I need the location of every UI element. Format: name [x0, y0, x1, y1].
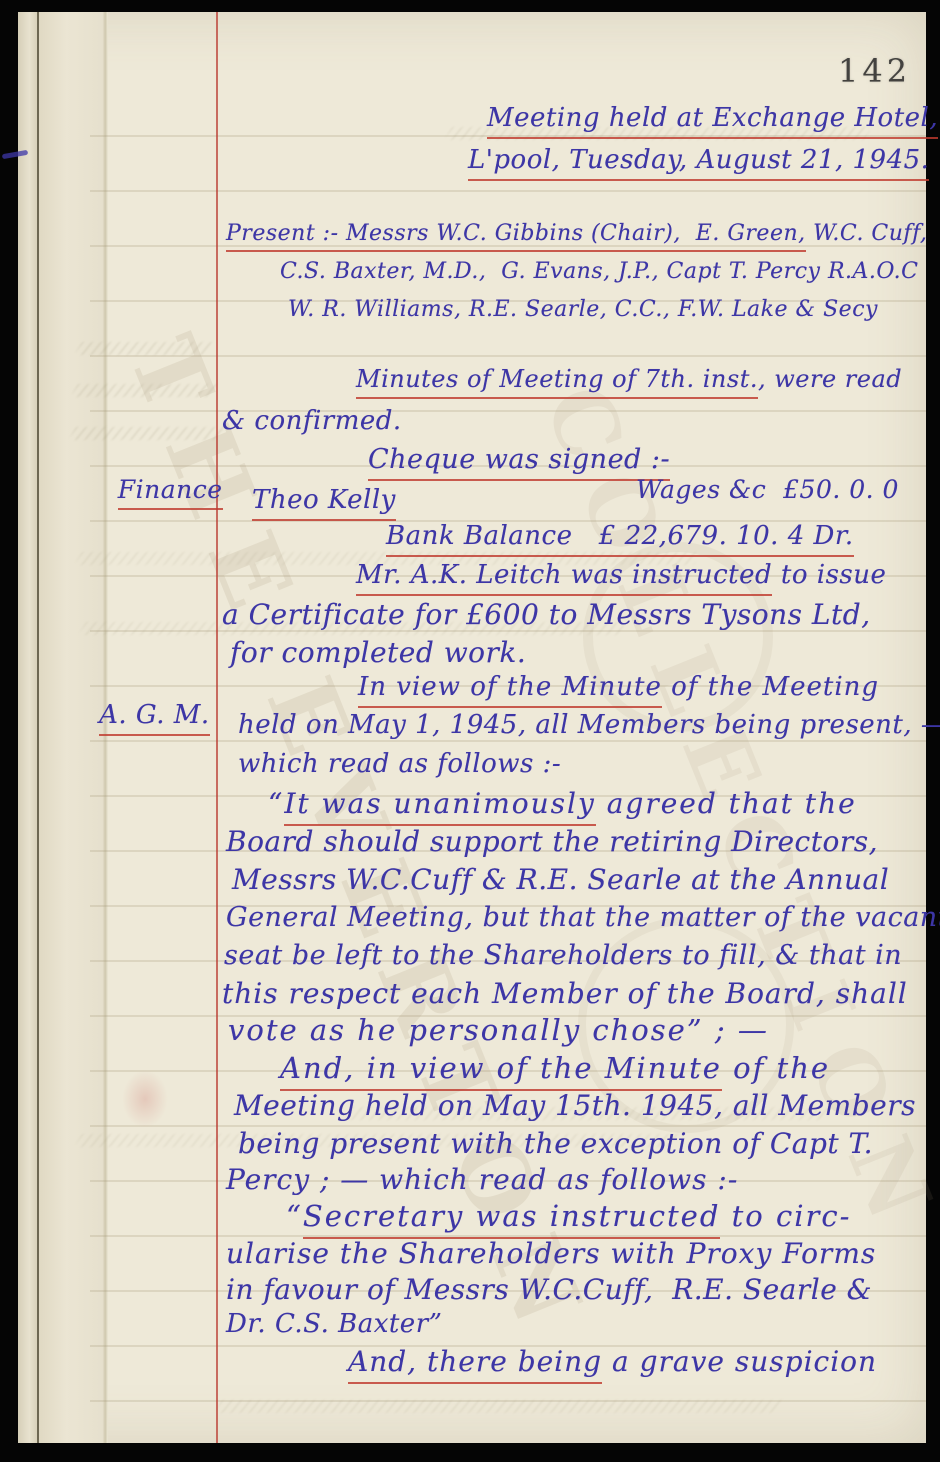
quoted-minute-line: Dr. C.S. Baxter” [226, 1310, 442, 1340]
minute-line: being present with the exception of Capt… [238, 1128, 873, 1160]
minute-line: for completed work. [230, 637, 526, 669]
quoted-minute-line: Messrs W.C.Cuff & R.E. Searle at the Ann… [232, 864, 889, 896]
minute-heading-line: Meeting held at Exchange Hotel, [487, 104, 938, 134]
quoted-minute-line: General Meeting, but that the matter of … [226, 902, 940, 933]
quoted-minute-line: in favour of Messrs W.C.Cuff, R.E. Searl… [226, 1274, 872, 1306]
paper-smudge [122, 1070, 168, 1128]
margin-note-finance: Finance [84, 447, 223, 533]
quoted-minute-line: vote as he personally chose” ; — [228, 1014, 769, 1047]
page-number: 142 [838, 52, 911, 90]
quoted-minute-line: Board should support the retiring Direct… [226, 826, 878, 858]
minute-line: In view of the Minute of the Meeting [358, 673, 879, 703]
minute-line: Mr. A.K. Leitch was instructed to issue [356, 561, 886, 591]
minute-line: Meeting held on May 15th. 1945, all Memb… [234, 1090, 916, 1122]
cheque-payee: Theo Kelly [252, 486, 396, 516]
minute-line: Percy ; — which read as follows :- [226, 1164, 738, 1196]
quoted-minute-line: this respect each Member of the Board, s… [222, 978, 908, 1010]
ink-bleedthrough [70, 384, 218, 397]
attendees-line: W. R. Williams, R.E. Searle, C.C., F.W. … [288, 297, 878, 322]
bank-balance-line: Bank Balance £ 22,679. 10. 4 Dr. [386, 522, 854, 552]
margin-note-agm: A. G. M. [64, 671, 210, 761]
ink-bleedthrough [74, 342, 212, 355]
minute-line: Minutes of Meeting of 7th. inst., were r… [356, 366, 902, 394]
red-margin-rule [216, 12, 218, 1443]
ink-bleedthrough [68, 427, 226, 440]
minute-line: And, in view of the Minute of the [280, 1052, 830, 1085]
quoted-minute-line: seat be left to the Shareholders to fill… [224, 940, 902, 971]
minute-line: Cheque was signed :- [368, 444, 670, 475]
minute-line: And, there being a grave suspicion [348, 1346, 877, 1378]
quoted-minute-line: ularise the Shareholders with Proxy Form… [226, 1238, 876, 1270]
ink-bleedthrough [214, 1400, 782, 1413]
cheque-amount: Wages &c £50. 0. 0 [636, 476, 899, 505]
minute-heading-line: L'pool, Tuesday, August 21, 1945. [468, 146, 929, 176]
scanned-minute-book-page: THE EVERTON COLLECTION 142 Finance A. G.… [0, 0, 940, 1462]
minute-line: a Certificate for £600 to Messrs Tysons … [222, 599, 871, 631]
minute-line: held on May 1, 1945, all Members being p… [238, 711, 940, 741]
minute-line: & confirmed. [222, 407, 402, 437]
attendees-line: Present :- Messrs W.C. Gibbins (Chair), … [226, 221, 927, 246]
minute-line: which read as follows :- [238, 750, 561, 780]
page-edge-strip [18, 12, 39, 1443]
quoted-minute-line: “It was unanimously agreed that the [268, 788, 857, 820]
attendees-line: C.S. Baxter, M.D., G. Evans, J.P., Capt … [280, 259, 918, 284]
quoted-minute-line: “Secretary was instructed to circ- [286, 1200, 851, 1233]
